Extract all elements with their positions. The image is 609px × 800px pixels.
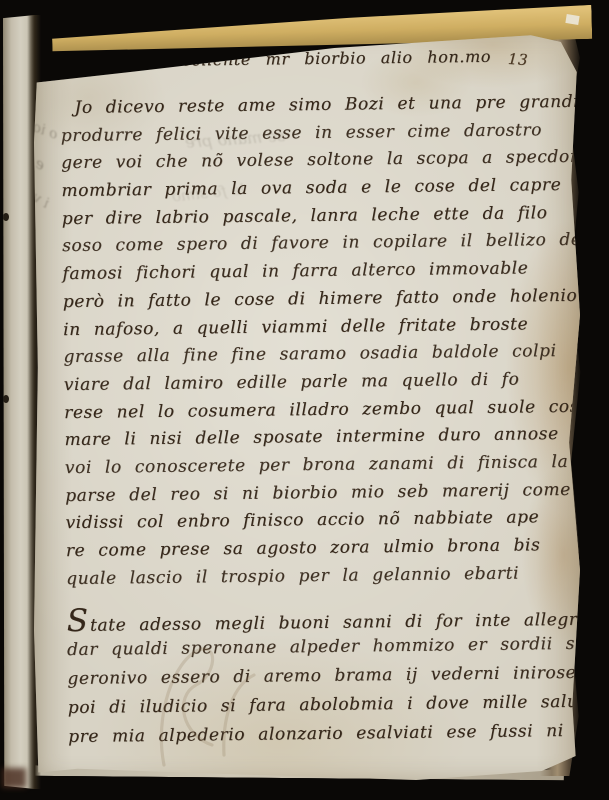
salutation-line: Excellente mr biorbio alio hon.mo	[160, 47, 491, 70]
manuscript-page: o io e lodis i vifo se mano pre le fo si…	[34, 30, 580, 780]
manuscript-photo: o io e lodis i vifo se mano pre le fo si…	[0, 0, 609, 800]
handwritten-text: Excellente mr biorbio alio hon.mo 13 Jo …	[60, 39, 574, 752]
letter-paragraph-2: State adesso megli buoni sanni di for in…	[67, 601, 574, 752]
letter-paragraph-1: Jo dicevo reste ame simo Bozi et una pre…	[60, 89, 571, 594]
page-corner-notch	[565, 14, 579, 25]
corner-smudge	[2, 768, 26, 788]
ink-spot	[3, 213, 9, 221]
folio-number: 13	[507, 50, 528, 69]
ink-spot	[3, 395, 9, 403]
manuscript-text-line: geronivo essero di aremo brama ij vedern…	[67, 659, 572, 694]
manuscript-text-line: pre mia alpederio alonzario esalviati es…	[68, 717, 573, 752]
manuscript-text-line: quale lascio il trospio per la gelannio …	[66, 560, 571, 594]
